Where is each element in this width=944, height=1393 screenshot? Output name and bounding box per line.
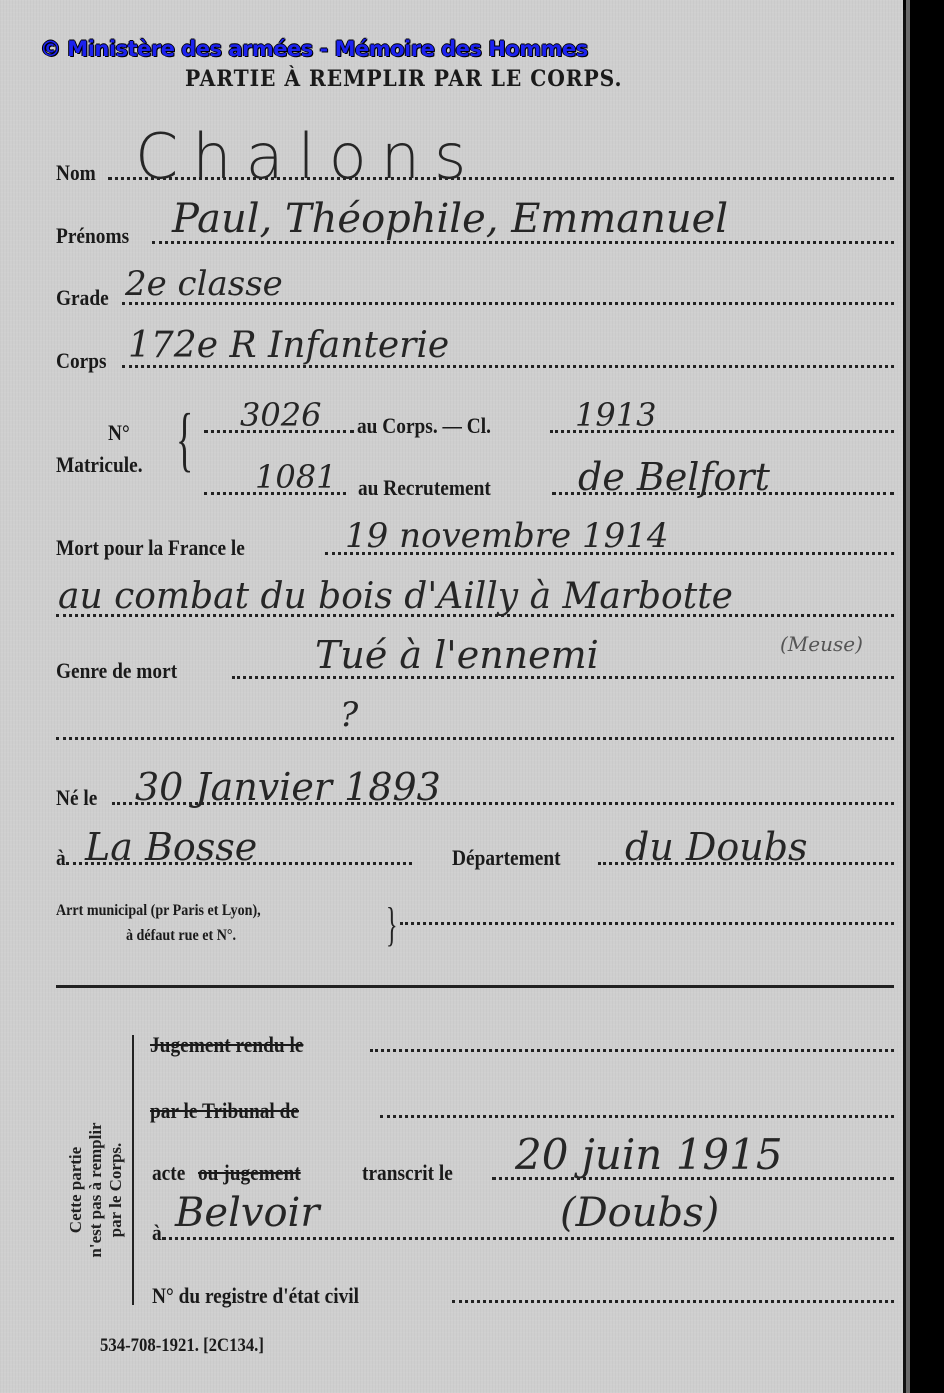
copyright-watermark: © Ministère des armées - Mémoire des Hom… bbox=[40, 37, 588, 61]
jugement-label: Jugement rendu le bbox=[150, 1032, 303, 1058]
jugement-line bbox=[370, 1049, 894, 1052]
corps-label: Corps bbox=[56, 348, 107, 374]
registre-label: N° du registre d'état civil bbox=[152, 1283, 359, 1309]
mort-label: Mort pour la France le bbox=[56, 535, 245, 561]
civil-side-note: Cette partie n'est pas à remplir par le … bbox=[66, 1080, 126, 1300]
arrondissement-label-2: à défaut rue et N°. bbox=[126, 927, 236, 945]
arrondissement-label-1: Arrt municipal (pr Paris et Lyon), bbox=[56, 902, 261, 920]
tribunal-label: par le Tribunal de bbox=[150, 1098, 299, 1124]
side-note-line-3: par le Corps. bbox=[106, 1080, 126, 1300]
card-edge-gap bbox=[906, 0, 910, 1393]
matricule-no-label: N° bbox=[108, 420, 130, 446]
naissance-place-value: La Bosse bbox=[85, 825, 257, 869]
acte-label-2: transcrit le bbox=[362, 1160, 453, 1186]
recrutement-number-value: 1081 bbox=[255, 458, 336, 496]
au-corps-label: au Corps. — Cl. bbox=[357, 413, 491, 439]
transcrit-date-value: 20 juin 1915 bbox=[515, 1130, 783, 1179]
corps-number-value: 3026 bbox=[240, 396, 321, 434]
arrondissement-brace: } bbox=[386, 897, 398, 952]
genre-mort-value: Tué à l'ennemi bbox=[315, 633, 599, 677]
nom-value: Chalons bbox=[135, 120, 480, 193]
classe-value: 1913 bbox=[575, 396, 656, 434]
departement-label: Département bbox=[452, 845, 561, 871]
transcrit-place-value: Belvoir bbox=[175, 1190, 319, 1236]
transcrit-place-line bbox=[162, 1237, 894, 1240]
transcrit-a-label: à bbox=[152, 1220, 162, 1246]
naissance-a-label: à bbox=[56, 845, 66, 871]
naissance-label: Né le bbox=[56, 785, 97, 811]
departement-value: du Doubs bbox=[625, 825, 808, 869]
mort-place-value: au combat du bois d'Ailly à Marbotte bbox=[58, 576, 733, 617]
form-reference: 534-708-1921. [2C134.] bbox=[100, 1335, 264, 1357]
record-card: © Ministère des armées - Mémoire des Hom… bbox=[0, 0, 903, 1393]
section-divider bbox=[56, 985, 894, 988]
prenoms-value: Paul, Théophile, Emmanuel bbox=[172, 196, 728, 242]
side-note-line-1: Cette partie bbox=[66, 1080, 86, 1300]
genre-mort-label: Genre de mort bbox=[56, 658, 177, 684]
corps-value: 172e R Infanterie bbox=[128, 325, 449, 366]
side-note-line-2: n'est pas à remplir bbox=[86, 1080, 106, 1300]
tribunal-line bbox=[380, 1115, 894, 1118]
genre-mort-line-2 bbox=[56, 737, 894, 740]
matricule-label: Matricule. bbox=[56, 452, 143, 478]
naissance-date-value: 30 Janvier 1893 bbox=[135, 765, 441, 809]
registre-line bbox=[452, 1300, 894, 1303]
arrondissement-line bbox=[400, 922, 894, 925]
recrutement-place-value: de Belfort bbox=[578, 455, 770, 499]
genre-mort-extra: ? bbox=[340, 695, 358, 735]
form-title: PARTIE À REMPLIR PAR LE CORPS. bbox=[185, 66, 622, 92]
grade-value: 2e classe bbox=[125, 264, 283, 304]
acte-label-1: acte bbox=[152, 1160, 185, 1186]
au-recrutement-label: au Recrutement bbox=[358, 475, 491, 501]
mort-region-value: (Meuse) bbox=[780, 632, 863, 656]
acte-label-struck: ou jugement bbox=[198, 1160, 301, 1186]
mort-date-value: 19 novembre 1914 bbox=[345, 516, 668, 556]
civil-bracket bbox=[132, 1035, 134, 1305]
matricule-brace: { bbox=[176, 398, 193, 481]
transcrit-region-value: (Doubs) bbox=[560, 1190, 719, 1236]
nom-label: Nom bbox=[56, 160, 96, 186]
prenoms-label: Prénoms bbox=[56, 223, 129, 249]
grade-label: Grade bbox=[56, 285, 109, 311]
